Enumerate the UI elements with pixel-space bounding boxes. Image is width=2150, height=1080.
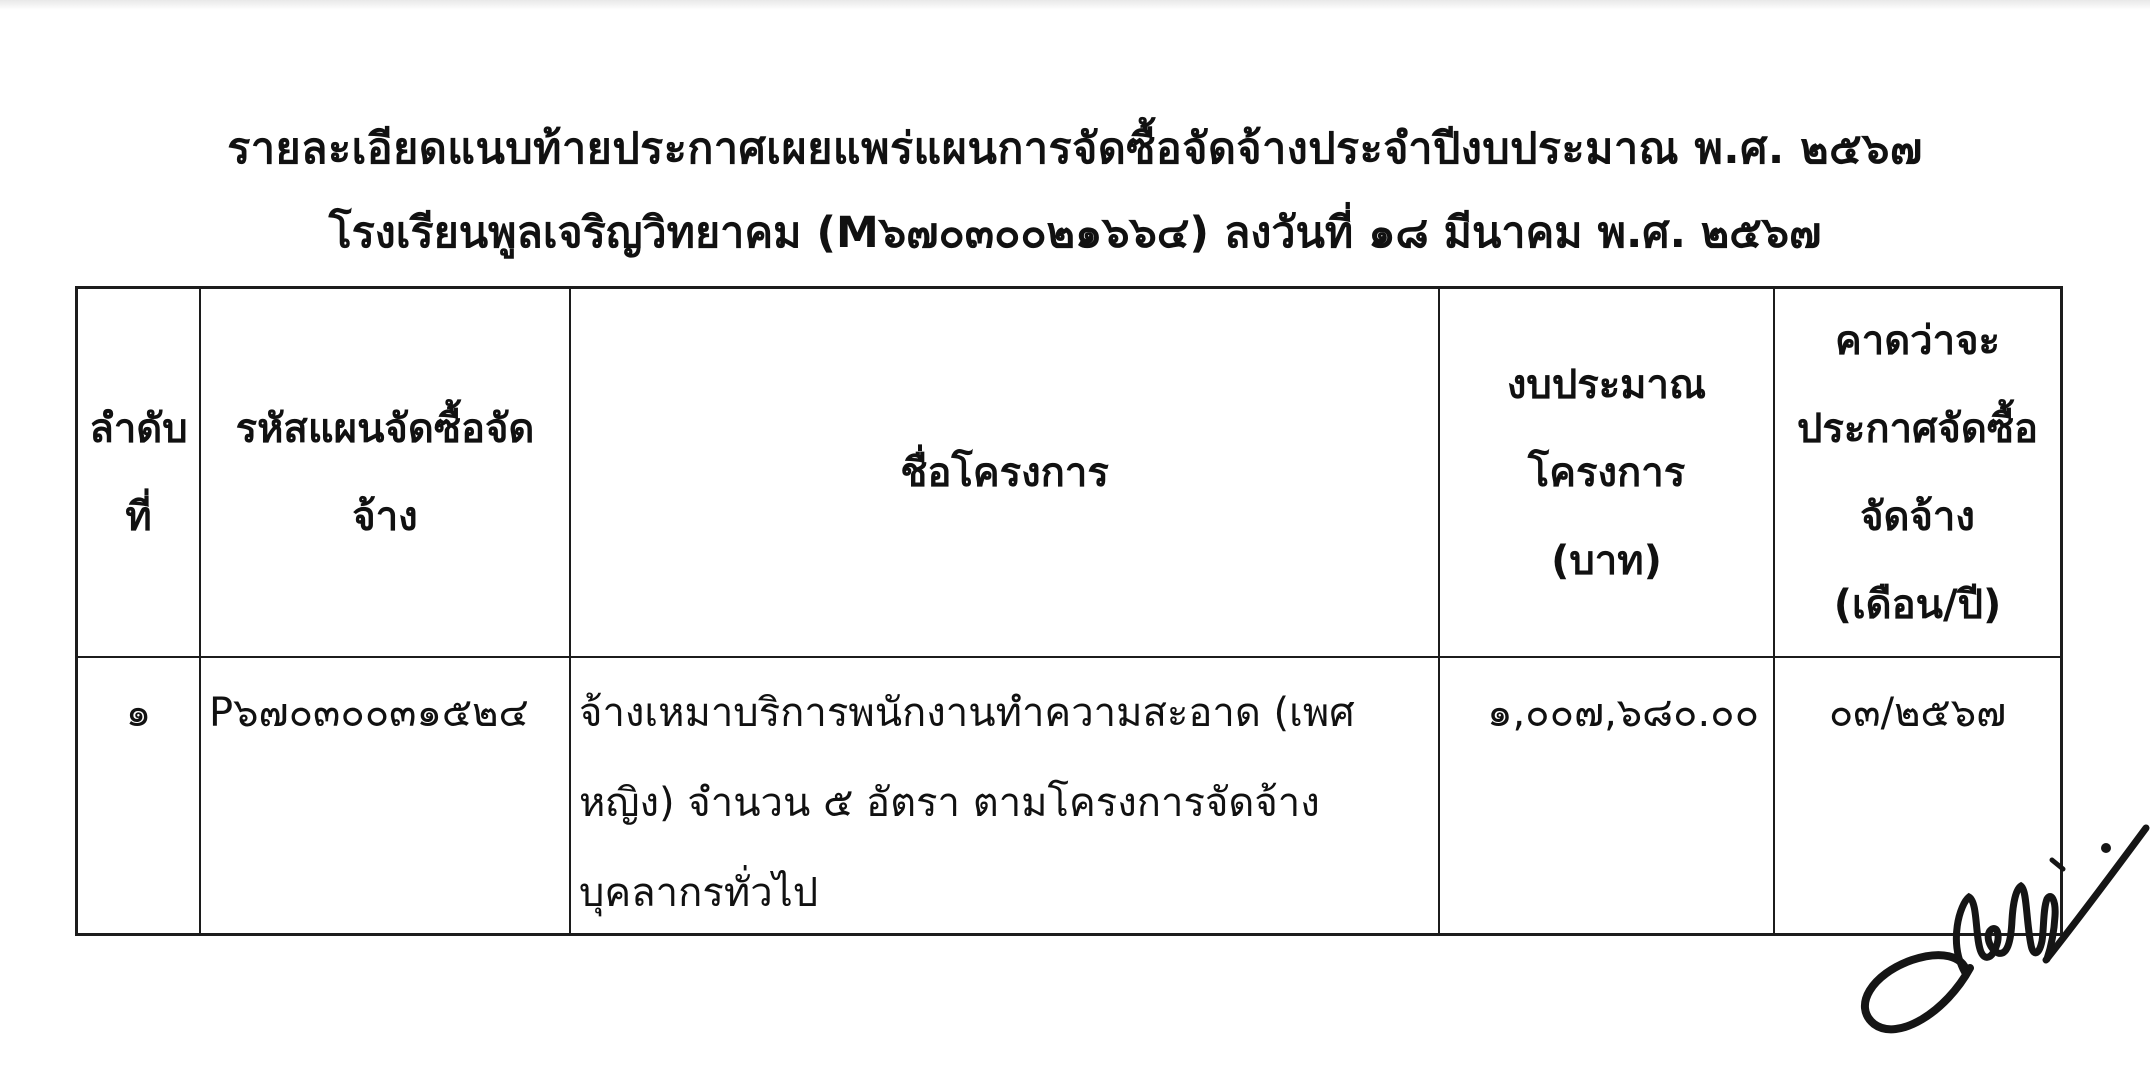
table-row-cell-plan-code: P๖๗๐๓๐๐๓๑๕๒๔ [201, 658, 571, 933]
header-text: งบประมาณ [1507, 341, 1706, 429]
header-order-no: ลำดับ ที่ [78, 289, 201, 658]
header-text: โครงการ [1528, 429, 1685, 517]
budget-value: ๑,๐๐๗,๖๘๐.๐๐ [1440, 668, 1759, 758]
order-no-value: ๑ [78, 668, 199, 758]
document-title: รายละเอียดแนบท้ายประกาศเผยแพร่แผนการจัดซ… [0, 103, 2150, 195]
project-name-line: จ้างเหมาบริการพนักงานทำความสะอาด (เพศ [579, 668, 1438, 758]
header-announce-month: คาดว่าจะ ประกาศจัดซื้อ จัดจ้าง (เดือน/ปี… [1775, 289, 2060, 658]
header-text: (เดือน/ปี) [1834, 561, 2002, 649]
header-plan-code: รหัสแผนจัดซื้อจัด จ้าง [201, 289, 571, 658]
table-row-cell-budget: ๑,๐๐๗,๖๘๐.๐๐ [1440, 658, 1775, 933]
project-name-line: บุคลากรทั่วไป [579, 848, 1438, 938]
header-text: จัดจ้าง [1860, 473, 1975, 561]
procurement-plan-table: ลำดับ ที่ รหัสแผนจัดซื้อจัด จ้าง ชื่อโคร… [75, 286, 2063, 936]
header-text: คาดว่าจะ [1835, 297, 2000, 385]
document-subtitle: โรงเรียนพูลเจริญวิทยาคม (M๖๗๐๓๐๐๒๑๖๖๔) ล… [0, 187, 2150, 279]
document-page: รายละเอียดแนบท้ายประกาศเผยแพร่แผนการจัดซ… [0, 0, 2150, 1080]
handwritten-signature-icon [1850, 790, 2150, 1080]
table-row-cell-order-no: ๑ [78, 658, 201, 933]
header-budget: งบประมาณ โครงการ (บาท) [1440, 289, 1775, 658]
table-row-cell-project-name: จ้างเหมาบริการพนักงานทำความสะอาด (เพศ หญ… [571, 658, 1440, 933]
header-text: ลำดับ [89, 385, 187, 473]
header-text: ชื่อโครงการ [900, 429, 1109, 517]
header-text: รหัสแผนจัดซื้อจัด [236, 385, 535, 473]
header-text: ประกาศจัดซื้อ [1797, 385, 2038, 473]
header-text: จ้าง [352, 473, 417, 561]
announce-month-value: ๐๓/๒๕๖๗ [1775, 668, 2060, 758]
header-text: ที่ [125, 473, 151, 561]
project-name-line: หญิง) จำนวน ๕ อัตรา ตามโครงการจัดจ้าง [579, 758, 1438, 848]
header-project-name: ชื่อโครงการ [571, 289, 1440, 658]
plan-code-value: P๖๗๐๓๐๐๓๑๕๒๔ [209, 668, 569, 758]
header-text: (บาท) [1551, 517, 1662, 605]
